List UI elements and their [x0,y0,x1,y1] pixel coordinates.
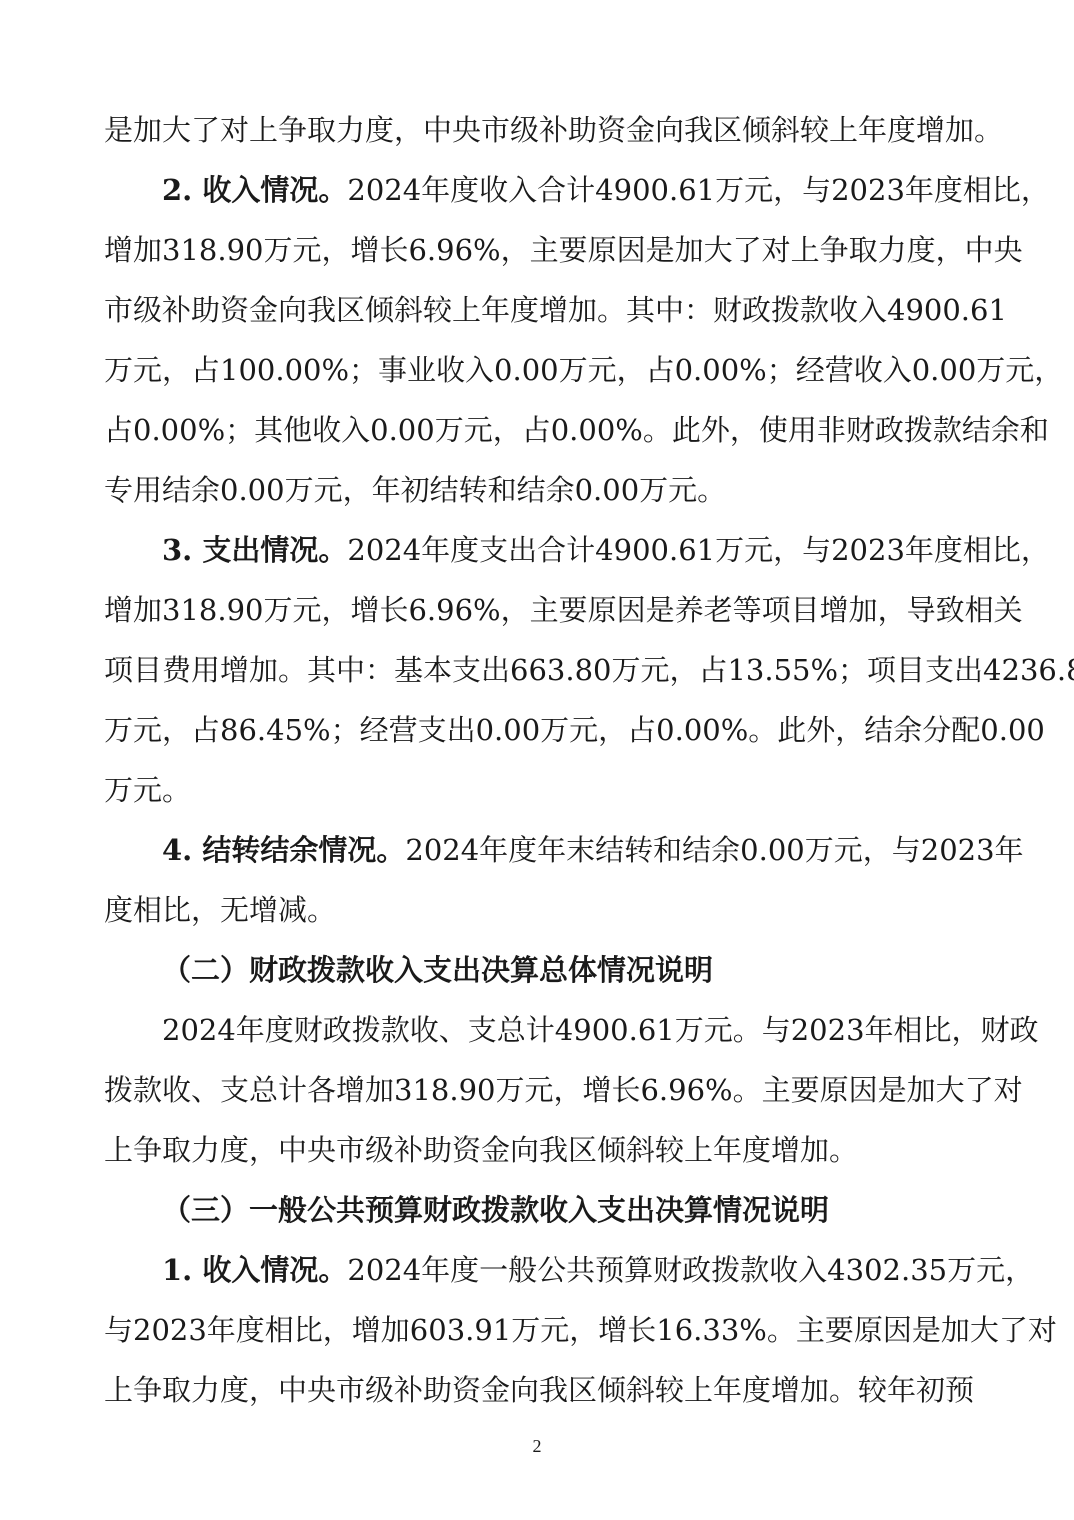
paragraph-line: 2024年度财政拨款收、支总计4900.61万元。与2023年相比，财政 [162,1010,972,1050]
paragraph-line: 万元，占86.45%；经营支出0.00万元，占0.00%。此外，结余分配0.00 [104,710,972,750]
paragraph-line: 增加318.90万元，增长6.96%，主要原因是加大了对上争取力度，中央 [104,230,972,270]
paragraph-line-expenditure: 3. 支出情况。2024年度支出合计4900.61万元，与2023年度相比， [162,530,972,570]
paragraph-line: 上争取力度，中央市级补助资金向我区倾斜较上年度增加。 [104,1130,972,1170]
paragraph-line: 万元。 [104,770,972,810]
paragraph-line: 市级补助资金向我区倾斜较上年度增加。其中：财政拨款收入4900.61 [104,290,972,330]
paragraph-line: 占0.00%；其他收入0.00万元，占0.00%。此外，使用非财政拨款结余和 [104,410,972,450]
paragraph-line: 专用结余0.00万元，年初结转和结余0.00万元。 [104,470,972,510]
document-page: 是加大了对上争取力度，中央市级补助资金向我区倾斜较上年度增加。 2. 收入情况。… [0,0,1074,1520]
section-lead: 4. 结转结余情况。 [162,833,405,867]
paragraph-line-carryover: 4. 结转结余情况。2024年度年末结转和结余0.00万元，与2023年 [162,830,972,870]
paragraph-line-income: 2. 收入情况。2024年度收入合计4900.61万元，与2023年度相比， [162,170,972,210]
section-lead: 2. 收入情况。 [162,173,347,207]
paragraph-line: 上争取力度，中央市级补助资金向我区倾斜较上年度增加。较年初预 [104,1370,972,1410]
paragraph-line: 度相比，无增减。 [104,890,972,930]
paragraph-line-general-income: 1. 收入情况。2024年度一般公共预算财政拨款收入4302.35万元， [162,1250,972,1290]
page-number: 2 [0,1436,1074,1457]
paragraph-line: 拨款收、支总计各增加318.90万元，增长6.96%。主要原因是加大了对 [104,1070,972,1110]
paragraph-line: 万元，占100.00%；事业收入0.00万元，占0.00%；经营收入0.00万元… [104,350,972,390]
paragraph-line: 项目费用增加。其中：基本支出663.80万元，占13.55%；项目支出4236.… [104,650,972,690]
section-lead: 1. 收入情况。 [162,1253,347,1287]
paragraph-line: 是加大了对上争取力度，中央市级补助资金向我区倾斜较上年度增加。 [104,110,972,150]
section-heading-3: （三）一般公共预算财政拨款收入支出决算情况说明 [162,1190,972,1230]
paragraph-line: 增加318.90万元，增长6.96%，主要原因是养老等项目增加，导致相关 [104,590,972,630]
section-heading-2: （二）财政拨款收入支出决算总体情况说明 [162,950,972,990]
section-lead: 3. 支出情况。 [162,533,347,567]
paragraph-line: 与2023年度相比，增加603.91万元，增长16.33%。主要原因是加大了对 [104,1310,972,1350]
